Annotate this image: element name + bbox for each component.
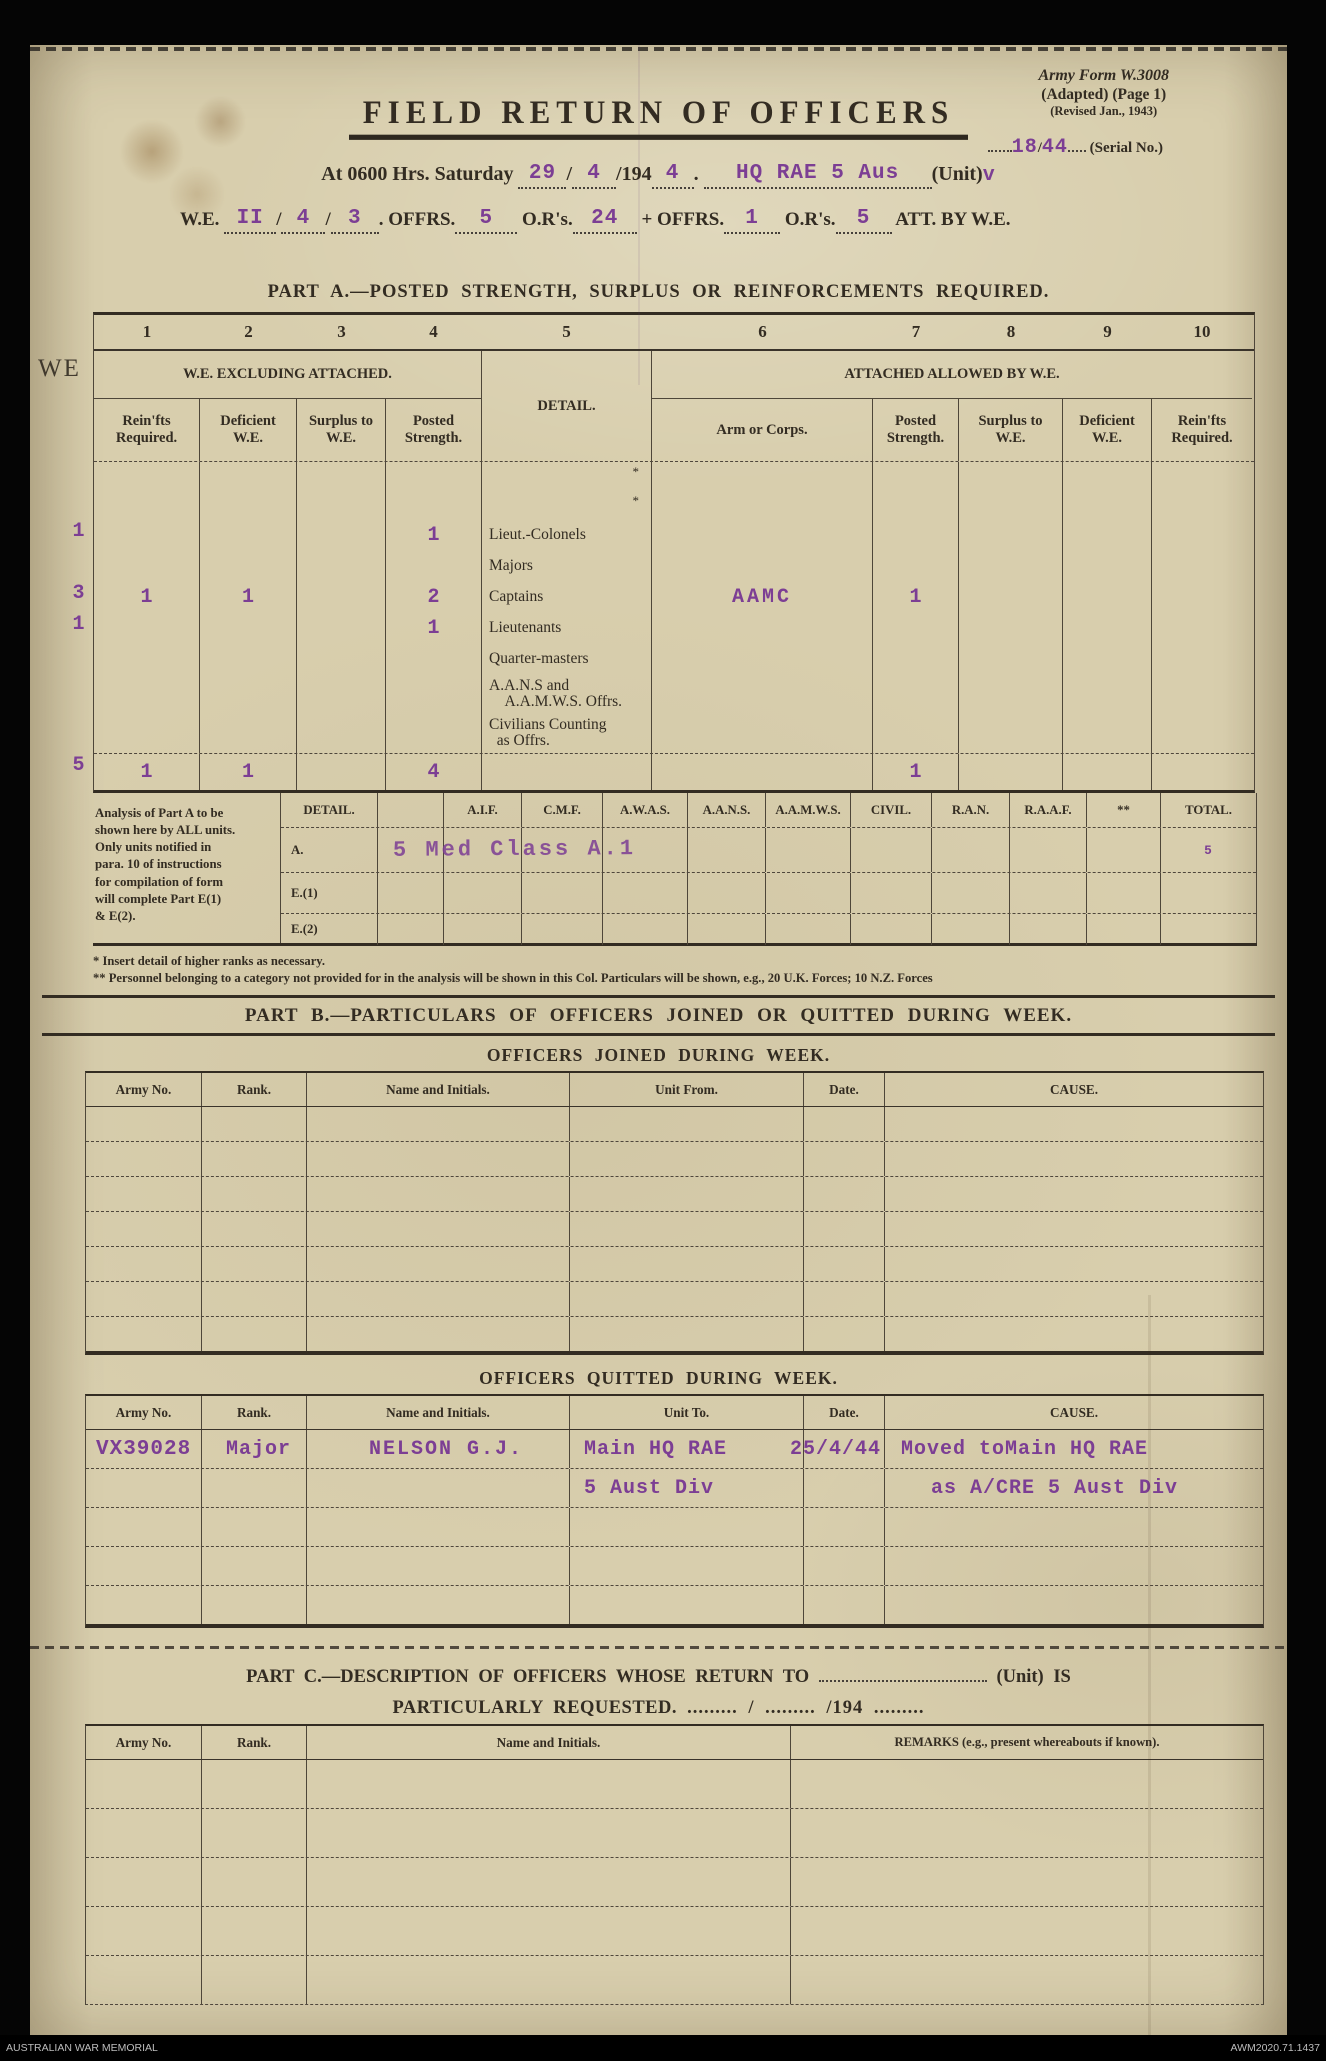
empty-row [86,1547,1263,1586]
divider-rule [42,995,1275,998]
detail-cell: Captains [481,582,652,613]
subheader-deficient-we-att: Deficient W.E. [1063,399,1152,461]
cell-reinfts: 1 [94,582,200,613]
part-c-heading-line1: PART C.—DESCRIPTION OF OFFICERS WHOSE RE… [30,1665,1287,1688]
att-offrs-value: 1 [745,207,759,230]
analysis-header: A.W.A.S. [603,793,688,827]
quitted-header-row: Army No.Rank.Name and Initials.Unit To.D… [86,1396,1263,1430]
officers-quitted-heading: OFFICERS QUITTED DURING WEEK. [30,1368,1287,1389]
officers-quitted-table: Army No.Rank.Name and Initials.Unit To.D… [85,1394,1264,1628]
year-blank: 4 [652,163,694,189]
entry-unit-to-line2: 5 Aust Div [570,1469,804,1507]
entry-cause-line2: as A/CRE 5 Aust Div [885,1469,1263,1507]
cell-deficient [200,520,297,551]
part-c-requested-label: PARTICULARLY REQUESTED. [392,1698,677,1718]
analysis-grid: DETAIL.A.I.F.C.M.F.A.W.A.S.A.A.N.S.A.A.M… [280,793,1257,943]
page-title: FIELD RETURN OF OFFICERS [349,94,969,140]
part-a-heading: PART A.—POSTED STRENGTH, SURPLUS OR REIN… [30,282,1287,303]
cell-surplus [297,520,386,551]
year-value: 4 [666,162,680,185]
datetime-prefix: At 0600 Hrs. Saturday [321,163,513,185]
form-header: Army Form W.3008 (Adapted) (Page 1) (Rev… [30,45,1287,312]
footnote-2: ** Personnel belonging to a category not… [93,970,1287,987]
subheader-arm-or-corps: Arm or Corps. [652,399,873,461]
unit-blank: HQ RAE 5 Aus [704,163,932,189]
analysis-header: DETAIL. [281,793,378,827]
col-number: 2 [200,315,297,349]
part-c-heading-suffix: (Unit) IS [996,1667,1070,1687]
unit-label: (Unit) [932,163,983,185]
serial-value-b: 44 [1042,136,1068,159]
paper-crease [1148,1295,1151,2035]
cell-arm [652,520,873,551]
archive-footer: AUSTRALIAN WAR MEMORIAL AWM2020.71.1437 [0,2035,1326,2061]
empty-row [86,1956,1263,2004]
unit-value: HQ RAE 5 Aus [736,162,899,185]
col-header-army-no: Army No. [86,1073,202,1106]
title-wrap: FIELD RETURN OF OFFICERS [30,95,1287,139]
subheader-posted-strength-att: Posted Strength. [873,399,959,461]
subheader-surplus-to-we: Surplus to W.E. [297,399,386,461]
detail-cell: Majors [481,551,652,582]
month-blank: 4 [572,163,616,189]
total-surplus [297,754,386,790]
day-blank: 29 [518,163,566,189]
part-a-row-lieut-colonels: 1 1Lieut.-Colonels [94,520,1254,551]
detail-cell: Civilians Counting as Offrs. [481,713,652,753]
att-by-we-label: ATT. BY W.E. [895,209,1010,230]
quitted-entry-row-2: 5 Aust Div as A/CRE 5 Aust Div [86,1469,1263,1508]
col-header-army-no: Army No. [86,1726,202,1759]
cell-surplus [297,613,386,644]
serial-label: (Serial No.) [1090,140,1163,156]
ors-label: O.R's. [522,209,573,230]
empty-row [86,1142,1263,1177]
empty-row [86,1760,1263,1809]
entry-rank: Major [202,1430,307,1468]
offrs-label: OFFRS. [388,209,455,230]
col-header-remarks: REMARKS (e.g., present whereabouts if kn… [791,1726,1263,1759]
cell-posted-att: 1 [873,582,959,613]
part-a-row: * [94,491,1254,520]
detail-cell: * [481,491,652,520]
group-header-left: W.E. EXCLUDING ATTACHED. [94,351,481,399]
plus-offrs-label: + OFFRS. [641,209,724,230]
quitted-entry-row-1: VX39028 Major NELSON G.J. Main HQ RAE 25… [86,1430,1263,1469]
cell-deficient [200,613,297,644]
month-value: 4 [587,162,601,185]
we-blank-3: 3 [331,209,379,234]
detail-cell: A.A.N.S and A.A.M.W.S. Offrs. [481,675,652,713]
analysis-row-e1: E.(1) [281,873,1256,914]
col-header-cause: CAUSE. [885,1073,1263,1106]
serial-value-a: 18 [1012,136,1038,159]
cell-posted-att [873,520,959,551]
subheader-posted-strength: Posted Strength. [386,399,481,461]
part-a-row: * [94,462,1254,491]
col-number: 1 [94,315,200,349]
col-number: 7 [873,315,959,349]
scanned-document: Army Form W.3008 (Adapted) (Page 1) (Rev… [0,0,1326,2061]
total-reinfts: 1 [94,754,200,790]
entry-army-no: VX39028 [86,1430,202,1468]
archive-id: AWM2020.71.1437 [1230,2042,1320,2054]
analysis-header-row: DETAIL.A.I.F.C.M.F.A.W.A.S.A.A.N.S.A.A.M… [281,793,1256,828]
entry-date: 25/4/44 [790,1438,881,1461]
part-a-row-majors: Majors [94,551,1254,582]
analysis-header: A.A.N.S. [688,793,766,827]
offrs-blank: 5 [455,209,517,234]
margin-value: 3 [68,582,90,605]
cell-reinfts [94,613,200,644]
empty-row [86,1809,1263,1858]
empty-row [86,1586,1263,1624]
part-c-table: Army No.Rank.Name and Initials.REMARKS (… [85,1724,1264,2005]
att-offrs-blank: 1 [724,209,780,234]
archive-name: AUSTRALIAN WAR MEMORIAL [6,2042,158,2054]
part-a-totals-row: 5 1141 [94,753,1254,790]
typed-overlay: 5 Med Class A.1 [393,836,636,863]
empty-row [86,1107,1263,1142]
part-a-row-lieutenants: 1 1Lieutenants [94,613,1254,644]
subheader-reinfts-required-att: Rein'fts Required. [1152,399,1252,461]
cell-surplus [297,582,386,613]
col-header-name: Name and Initials. [307,1396,570,1429]
analysis-section: Analysis of Part A to be shown here by A… [93,793,1257,946]
cell-arm: AAMC [652,582,873,613]
margin-value: 1 [68,613,90,636]
col-header-cause: CAUSE. [885,1396,1263,1429]
subheader-deficient-we: Deficient W.E. [200,399,297,461]
unit-blank [819,1665,987,1682]
part-a-row-aans: A.A.N.S and A.A.M.W.S. Offrs. [94,675,1254,713]
unit-check-mark: v [983,164,996,187]
we-establishment-line: W.E. II/4/3. OFFRS.5 O.R's.24 + OFFRS.1 … [180,209,1011,234]
part-a-row-civilians: Civilians Counting as Offrs. [94,713,1254,753]
footnotes: * Insert detail of higher ranks as neces… [93,953,1287,987]
part-a-header: W.E. EXCLUDING ATTACHED. DETAIL. ATTACHE… [94,351,1254,462]
group-header-right: ATTACHED ALLOWED BY W.E. [652,351,1252,399]
part-c-header-row: Army No.Rank.Name and Initials.REMARKS (… [86,1726,1263,1760]
col-number: 3 [297,315,386,349]
we-value-2: 4 [297,207,311,230]
total-posted-att: 1 [873,754,959,790]
entry-unit-to-line1: Main HQ RAE [570,1430,804,1468]
form-ref-line1: Army Form W.3008 [1038,67,1169,86]
margin-value: 5 [68,754,90,777]
col-header-army-no: Army No. [86,1396,202,1429]
year-prefix: /194 [616,163,652,185]
empty-row [86,1858,1263,1907]
analysis-header [378,793,444,827]
empty-row [86,1212,1263,1247]
part-b-heading: PART B.—PARTICULARS OF OFFICERS JOINED O… [30,1005,1287,1027]
margin-value: 1 [68,520,90,543]
we-stamp: WE [38,355,81,383]
total-posted: 4 [386,754,481,790]
total-deficient: 1 [200,754,297,790]
we-label: W.E. [180,209,219,230]
col-number: 5 [481,315,652,349]
row-label: A. [281,828,378,872]
cell-posted: 2 [386,582,481,613]
form-paper: Army Form W.3008 (Adapted) (Page 1) (Rev… [30,45,1287,2035]
att-ors-blank: 5 [836,209,892,234]
detail-cell: * [481,462,652,491]
dashed-separator [30,1646,1287,1649]
empty-row [86,1282,1263,1317]
period: . [379,209,384,230]
detail-cell: Lieutenants [481,613,652,644]
entry-date-cell: 25/4/44 [804,1430,885,1468]
datetime-line: At 0600 Hrs. Saturday 29/4/1944. HQ RAE … [30,163,1287,189]
day-value: 29 [529,162,556,185]
col-number: 8 [959,315,1063,349]
analysis-header: CIVIL. [851,793,932,827]
analysis-header: A.A.M.W.S. [766,793,851,827]
col-header-unit-to: Unit To. [570,1396,804,1429]
total-arm [652,754,873,790]
analysis-header: R.A.A.F. [1010,793,1087,827]
we-value-3: 3 [348,207,362,230]
we-blank-1: II [224,209,276,234]
part-c-heading-prefix: PART C.—DESCRIPTION OF OFFICERS WHOSE RE… [246,1667,809,1687]
col-header-date: Date. [804,1396,885,1429]
part-a-row-captains: 3 112CaptainsAAMC1 [94,582,1254,613]
subheader-surplus-to-we-att: Surplus to W.E. [959,399,1063,461]
cell-posted: 1 [386,520,481,551]
date-blank: ......... / ......... /194 ......... [687,1698,924,1718]
col-number: 9 [1063,315,1152,349]
col-number: 6 [652,315,873,349]
ors2-label: O.R's. [785,209,836,230]
detail-column-header: DETAIL. [481,351,652,461]
ors-value: 24 [591,207,618,230]
row-label: E.(2) [281,914,378,945]
col-header-name: Name and Initials. [307,1073,570,1106]
empty-row [86,1177,1263,1212]
officers-joined-heading: OFFICERS JOINED DURING WEEK. [30,1045,1287,1066]
col-header-date: Date. [804,1073,885,1106]
empty-row [86,1907,1263,1956]
we-value-1: II [237,207,264,230]
subheader-reinfts-required: Rein'fts Required. [94,399,200,461]
col-header-rank: Rank. [202,1396,307,1429]
divider-rule [42,1033,1275,1036]
part-c-heading-line2: PARTICULARLY REQUESTED. ......... / ....… [30,1698,1287,1719]
analysis-header: ** [1087,793,1161,827]
col-header-name: Name and Initials. [307,1726,791,1759]
analysis-header: C.M.F. [522,793,603,827]
column-numbers-row: 12345678910 [94,315,1254,351]
offrs-value: 5 [479,207,493,230]
analysis-note: Analysis of Part A to be shown here by A… [95,805,281,925]
col-number: 4 [386,315,481,349]
col-header-rank: Rank. [202,1073,307,1106]
analysis-header: TOTAL. [1161,793,1256,827]
empty-row [86,1317,1263,1351]
cell-deficient: 1 [200,582,297,613]
period: . [694,163,699,185]
cell-reinfts [94,520,200,551]
att-ors-value: 5 [857,207,871,230]
entry-name: NELSON G.J. [307,1430,570,1468]
officers-joined-table: Army No.Rank.Name and Initials.Unit From… [85,1071,1264,1355]
detail-cell: Lieut.-Colonels [481,520,652,551]
detail-cell: Quarter-masters [481,644,652,675]
row-label: E.(1) [281,873,378,913]
analysis-header: R.A.N. [932,793,1010,827]
empty-row [86,1508,1263,1547]
part-a-row-quarter-masters: Quarter-masters [94,644,1254,675]
joined-header-row: Army No.Rank.Name and Initials.Unit From… [86,1073,1263,1107]
entry-cause-line1: Moved toMain HQ RAE [885,1430,1263,1468]
footnote-1: * Insert detail of higher ranks as neces… [93,953,1287,970]
ors-blank: 24 [573,209,637,234]
col-header-unit-from: Unit From. [570,1073,804,1106]
we-blank-2: 4 [281,209,325,234]
analysis-header: A.I.F. [444,793,522,827]
cell-posted: 1 [386,613,481,644]
col-header-rank: Rank. [202,1726,307,1759]
row-a-total: 5 [1161,828,1256,872]
col-number: 10 [1152,315,1252,349]
empty-row [86,1247,1263,1282]
analysis-row-e2: E.(2) [281,914,1256,945]
part-a-table: 12345678910 W.E. EXCLUDING ATTACHED. DET… [93,312,1255,793]
